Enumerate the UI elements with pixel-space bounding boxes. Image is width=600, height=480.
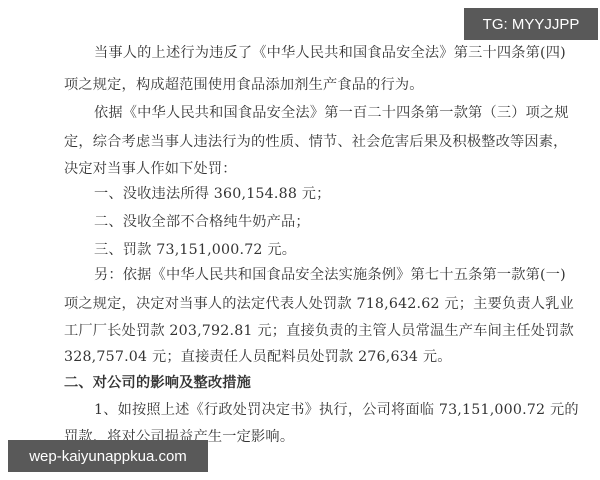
site-watermark-badge: wep-kaiyunappkua.com	[8, 440, 208, 472]
paragraph-basis-line-1: 依据《中华人民共和国食品安全法》第一百二十四条第一款第（三）项之规	[94, 104, 569, 122]
penalty-item-1: 一、没收违法所得 360,154.88 元；	[94, 185, 331, 203]
tg-watermark-badge: TG: MYYJJPP	[464, 8, 598, 40]
document-page: 当事人的上述行为违反了《中华人民共和国食品安全法》第三十四条第(四) 项之规定，…	[0, 0, 600, 480]
paragraph-violation-line-2: 项之规定，构成超范围使用食品添加剂生产食品的行为。	[64, 76, 424, 94]
paragraph-additional-line-4: 328,757.04 元；直接责任人员配料员处罚款 276,634 元。	[64, 348, 452, 366]
paragraph-violation-line-1: 当事人的上述行为违反了《中华人民共和国食品安全法》第三十四条第(四)	[94, 44, 566, 62]
paragraph-basis-line-3: 决定对当事人作如下处罚：	[64, 160, 237, 178]
paragraph-additional-line-2: 项之规定，决定对当事人的法定代表人处罚款 718,642.62 元；主要负责人乳…	[64, 295, 574, 313]
paragraph-additional-line-3: 工厂厂长处罚款 203,792.81 元；直接负责的主管人员常温生产车间主任处罚…	[64, 322, 574, 340]
paragraph-additional-line-1: 另：依据《中华人民共和国食品安全法实施条例》第七十五条第一款第(一)	[94, 266, 566, 284]
section-heading-impact: 二、对公司的影响及整改措施	[64, 374, 251, 392]
penalty-item-3: 三、罚款 73,151,000.72 元。	[94, 241, 296, 259]
paragraph-impact-line-1: 1、如按照上述《行政处罚决定书》执行，公司将面临 73,151,000.72 元…	[94, 401, 579, 419]
penalty-item-2: 二、没收全部不合格纯牛奶产品；	[94, 213, 310, 231]
paragraph-basis-line-2: 定，综合考虑当事人违法行为的性质、情节、社会危害后果及积极整改等因素，	[64, 133, 568, 151]
